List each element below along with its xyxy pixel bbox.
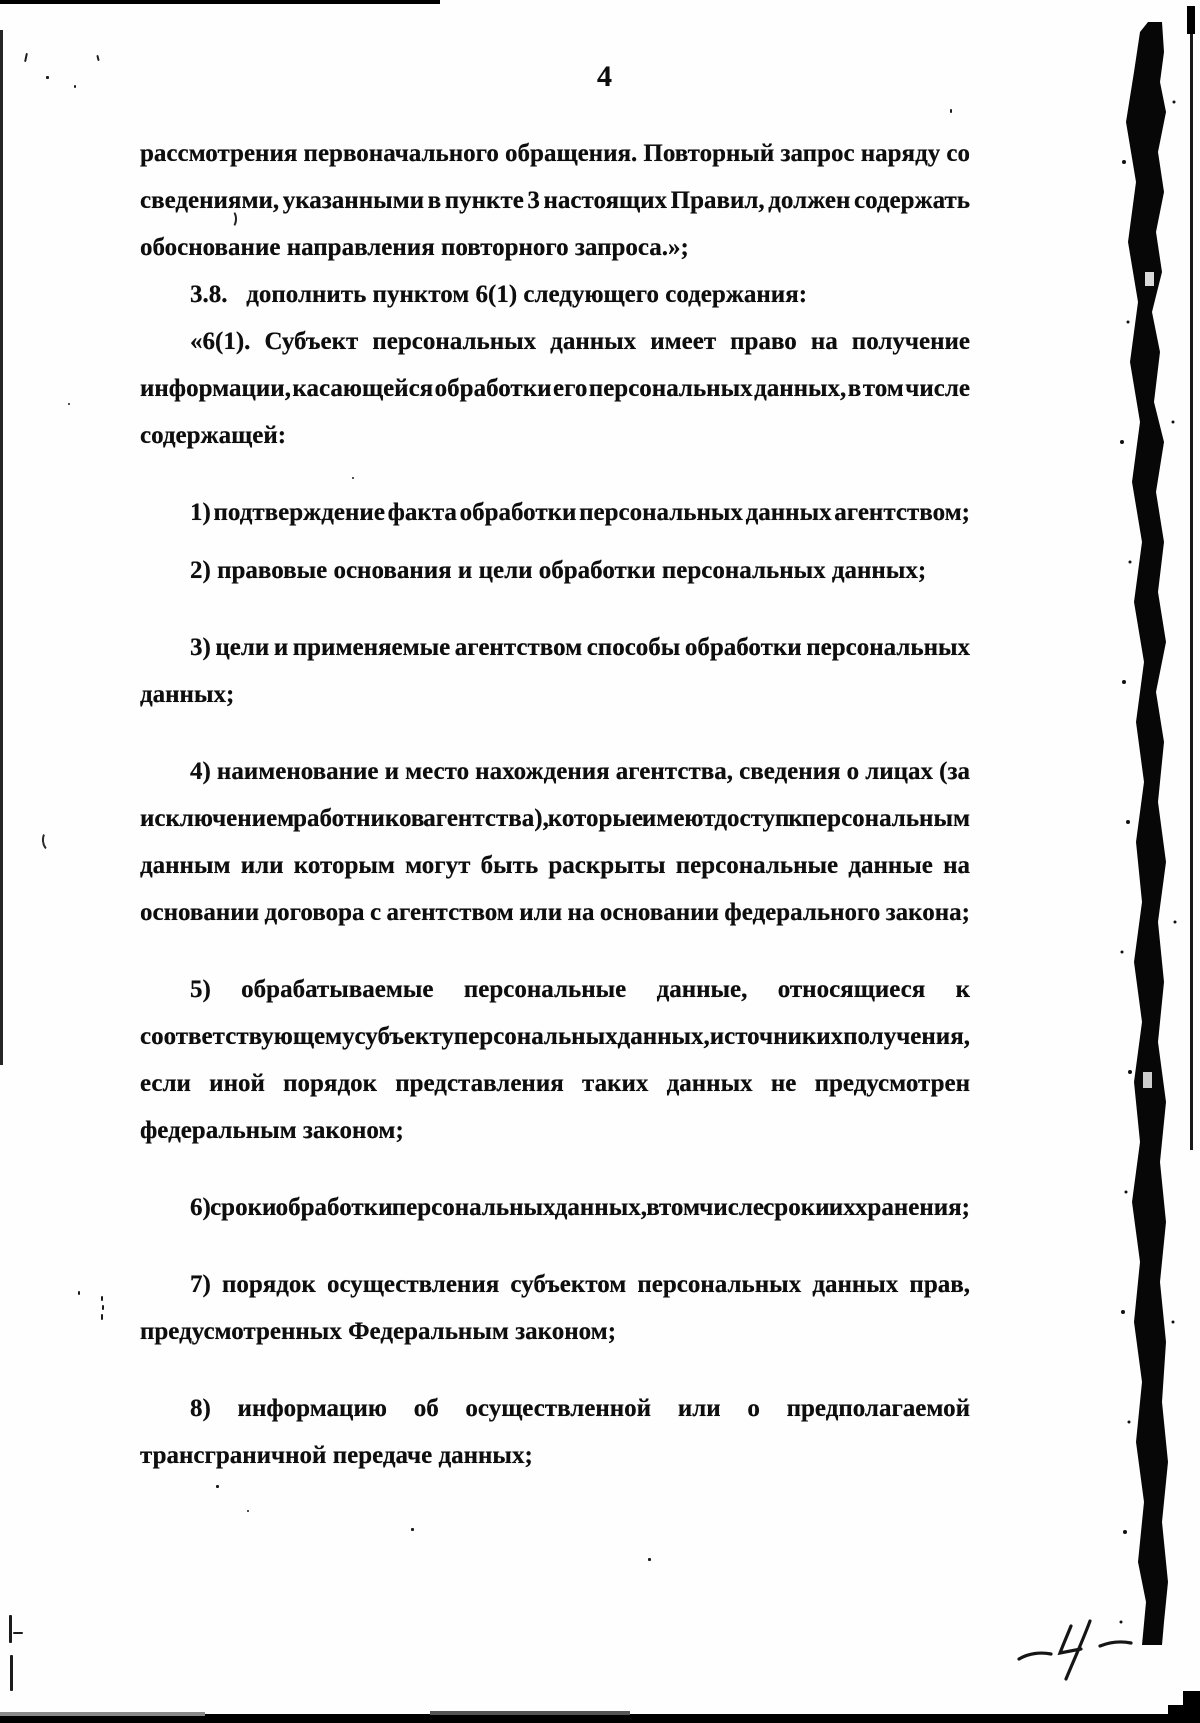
- scan-speckle: [411, 1528, 414, 1531]
- text-line: исключением работников агентства), котор…: [140, 795, 970, 842]
- text-line: соответствующему субъекту персональных д…: [140, 1013, 970, 1060]
- text-line: «6(1). Субъект персональных данных имеет…: [140, 318, 970, 365]
- text-line: 1) подтверждение факта обработки персона…: [140, 489, 970, 536]
- stray-paren-mark: [226, 210, 237, 228]
- scan-speckle: [648, 1558, 651, 1561]
- text-line: содержащей:: [140, 412, 970, 459]
- left-margin-dash: [10, 1655, 13, 1691]
- text-line: данных;: [140, 671, 970, 718]
- bottom-edge-scan-bar-gray: [0, 1712, 205, 1716]
- text-line: 2) правовые основания и цели обработки п…: [140, 547, 970, 594]
- left-margin-dash: [9, 1615, 12, 1643]
- scan-speckle: [24, 53, 28, 62]
- right-edge-scan-blob: [1187, 6, 1195, 34]
- text-line: данным или которым могут быть раскрыты п…: [140, 842, 970, 889]
- numbered-item: 6) сроки обработки персональных данных, …: [140, 1184, 970, 1231]
- scan-speckle: [216, 1485, 219, 1488]
- text-line: трансграничной передаче данных;: [140, 1432, 970, 1479]
- top-edge-scan-line: [0, 0, 440, 4]
- text-line: 5) обрабатываемые персональные данные, о…: [140, 966, 970, 1013]
- numbered-item: 4) наименование и место нахождения агент…: [140, 748, 970, 936]
- paragraph: 3.8. дополнить пунктом 6(1) следующего с…: [140, 271, 970, 318]
- scan-speckle: [101, 1296, 103, 1301]
- numbered-item: 1) подтверждение факта обработки персона…: [140, 489, 970, 536]
- numbered-item: 5) обрабатываемые персональные данные, о…: [140, 966, 970, 1154]
- document-body: рассмотрения первоначального обращения. …: [140, 130, 970, 1479]
- text-line: 7) порядок осуществления субъектом персо…: [140, 1261, 970, 1308]
- numbered-item: 8) информацию об осуществленной или о пр…: [140, 1385, 970, 1479]
- numbered-item: 7) порядок осуществления субъектом персо…: [140, 1261, 970, 1355]
- right-scan-band: [1118, 22, 1178, 1647]
- text-line: если иной порядок представления таких да…: [140, 1060, 970, 1107]
- text-line: 8) информацию об осуществленной или о пр…: [140, 1385, 970, 1432]
- scan-speckle: [74, 85, 76, 88]
- scan-speckle: [950, 109, 952, 113]
- scan-speckle: [96, 55, 99, 61]
- scan-speckle: [101, 1314, 103, 1320]
- scan-speckle: [68, 403, 70, 405]
- handwritten-dash-right: [1100, 1642, 1131, 1646]
- text-line: 4) наименование и место нахождения агент…: [140, 748, 970, 795]
- text-line: 6) сроки обработки персональных данных, …: [140, 1184, 970, 1231]
- scan-speckle: [352, 477, 354, 479]
- handwritten-dash-left: [1019, 1653, 1051, 1659]
- text-line: предусмотренных Федеральным законом;: [140, 1308, 970, 1355]
- text-line: федеральным законом;: [140, 1107, 970, 1154]
- stray-curl-mark: [41, 830, 57, 852]
- right-edge-scan-line: [1190, 10, 1193, 1150]
- text-line: рассмотрения первоначального обращения. …: [140, 130, 970, 177]
- scanned-document-page: 4 рассмотрения первоначального обращения…: [0, 0, 1200, 1723]
- scan-speckle: [102, 1305, 104, 1310]
- left-margin-tick: [13, 1632, 23, 1634]
- handwritten-page-mark: [1005, 1612, 1145, 1684]
- bottom-edge-scan-bar-gray2: [430, 1711, 630, 1715]
- bottom-right-corner-block-step: [1168, 1705, 1200, 1723]
- scan-speckle: [78, 1291, 80, 1295]
- text-line: сведениями, указанными в пункте 3 настоя…: [140, 177, 970, 224]
- scan-speckle: [46, 76, 49, 79]
- paragraph: «6(1). Субъект персональных данных имеет…: [140, 318, 970, 459]
- text-line: обоснование направления повторного запро…: [140, 224, 970, 271]
- paragraph: рассмотрения первоначального обращения. …: [140, 130, 970, 271]
- text-line: 3.8. дополнить пунктом 6(1) следующего с…: [140, 271, 970, 318]
- scan-speckle: [247, 1510, 249, 1512]
- text-line: 3) цели и применяемые агентством способы…: [140, 624, 970, 671]
- text-line: информации, касающейся обработки его пер…: [140, 365, 970, 412]
- numbered-item: 3) цели и применяемые агентством способы…: [140, 624, 970, 718]
- page-number: 4: [597, 60, 612, 94]
- left-edge-scan-line: [0, 30, 3, 1065]
- numbered-item: 2) правовые основания и цели обработки п…: [140, 547, 970, 594]
- text-line: основании договора с агентством или на о…: [140, 889, 970, 936]
